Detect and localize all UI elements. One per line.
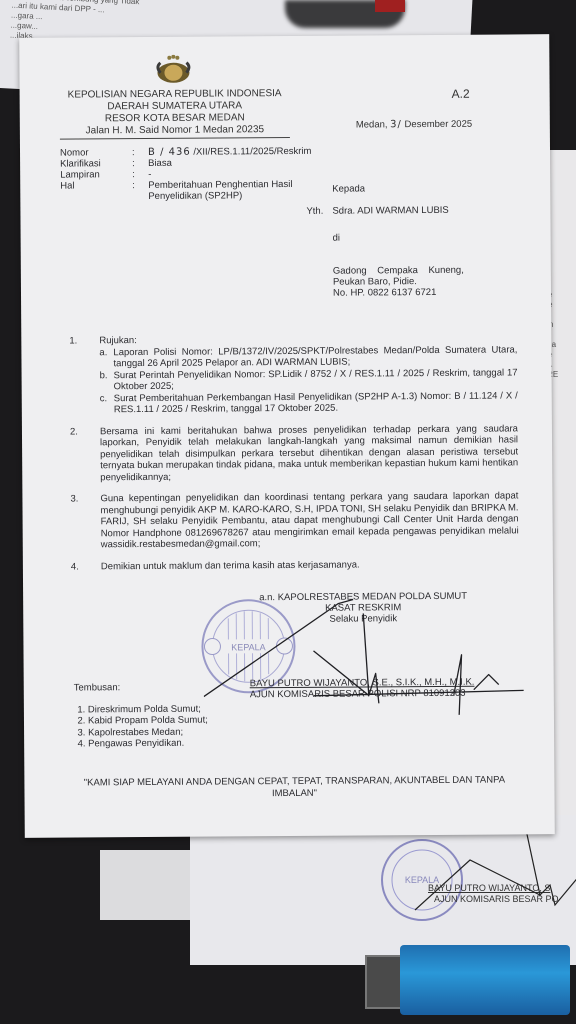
recipient-di: di	[333, 232, 464, 244]
tembusan-title: Tembusan:	[74, 682, 208, 694]
reference-c: c.Surat Pemberitahuan Perkembangan Hasil…	[100, 390, 518, 416]
date-month-year: Desember 2025	[404, 119, 472, 130]
recipient-name: Sdra. ADI WARMAN LUBIS	[332, 205, 463, 217]
reference-b: b.Surat Perintah Penyelidikan Nomor: SP.…	[100, 367, 518, 393]
meta-sep: :	[132, 147, 148, 158]
meta-label: Nomor	[60, 147, 132, 159]
ghost-text: ...gara ...	[11, 11, 43, 22]
item-text: Guna kepentingan penyelidikan dan koordi…	[100, 490, 518, 550]
number-suffix: /XII/RES.1.11/2025/Reskrim	[191, 146, 312, 158]
meta-label: Klarifikasi	[60, 158, 132, 170]
police-emblem-icon	[152, 55, 192, 85]
background-object	[400, 945, 570, 1015]
sub-text: Surat Perintah Penyelidikan Nomor: SP.Li…	[114, 367, 518, 393]
item-number: 2.	[70, 426, 100, 484]
letterhead-address: Jalan H. M. Said Nomor 1 Medan 20235	[60, 124, 290, 140]
reference-a: a.Laporan Polisi Nomor: LP/B/1372/IV/202…	[99, 344, 517, 370]
meta-value: -	[148, 168, 348, 180]
ghost-text: ...gaw...	[10, 20, 38, 30]
recipient-kepada: Kepada	[332, 183, 463, 195]
meta-sep: :	[132, 169, 148, 180]
body-item-2: 2. Bersama ini kami beritahukan bahwa pr…	[70, 423, 518, 484]
meta-value: Pemberitahuan Penghentian Hasil Penyelid…	[148, 179, 298, 202]
sub-label: a.	[99, 347, 113, 370]
tembusan-block: Tembusan: Direskrimum Polda Sumut; Kabid…	[74, 682, 208, 750]
tembusan-item: Direskrimum Polda Sumut;	[88, 703, 208, 715]
number-handwritten: B / 436	[148, 147, 191, 158]
meta-sep: :	[132, 158, 148, 169]
sub-text: Laporan Polisi Nomor: LP/B/1372/IV/2025/…	[113, 344, 517, 370]
meta-row-hal: Hal : Pemberitahuan Penghentian Hasil Pe…	[60, 179, 348, 203]
body-item-1: 1. Rujukan: a.Laporan Polisi Nomor: LP/B…	[69, 332, 518, 416]
recipient-address-line1: Gadong Cempaka Kuneng,	[333, 265, 464, 277]
tembusan-item: Pengawas Penyidikan.	[88, 738, 208, 750]
tembusan-item: Kapolrestabes Medan;	[88, 726, 208, 738]
meta-label: Lampiran	[60, 169, 132, 181]
form-code: A.2	[452, 87, 470, 101]
letterhead-line1: KEPOLISIAN NEGARA REPUBLIK INDONESIA	[60, 88, 290, 102]
background-object	[375, 0, 405, 12]
body-item-4: 4. Demikian untuk maklum dan terima kasi…	[71, 558, 519, 573]
recipient-address-line2: Peukan Baro, Pidie.	[333, 276, 464, 288]
letter-meta: Nomor : B / 436 /XII/RES.1.11/2025/Reskr…	[60, 146, 348, 203]
body-item-3: 3. Guna kepentingan penyelidikan dan koo…	[70, 490, 518, 551]
background-paper-bottom: KEPALA BAYU PUTRO WIJAYANTO, S AJUN KOMI…	[190, 815, 576, 965]
item-number: 4.	[71, 561, 101, 573]
meta-label: Hal	[60, 180, 132, 203]
item-number: 1.	[69, 335, 100, 416]
place-date: Medan, 3/ Desember 2025	[356, 119, 472, 131]
recipient-phone: No. HP. 0822 6137 6721	[333, 287, 464, 299]
letter-body: 1. Rujukan: a.Laporan Polisi Nomor: LP/B…	[69, 332, 519, 582]
meta-sep: :	[132, 180, 148, 202]
background-object	[365, 955, 404, 1009]
tembusan-item: Kabid Propam Polda Sumut;	[88, 715, 208, 727]
recipient-block: Kepada Yth. Sdra. ADI WARMAN LUBIS di Ga…	[332, 183, 464, 299]
letterhead: KEPOLISIAN NEGARA REPUBLIK INDONESIA DAE…	[60, 88, 290, 140]
background-paper-flap	[100, 850, 190, 920]
item-number: 3.	[70, 493, 100, 551]
motto: "KAMI SIAP MELAYANI ANDA DENGAN CEPAT, T…	[64, 774, 524, 801]
sub-label: b.	[100, 370, 114, 393]
sub-label: c.	[100, 393, 114, 416]
recipient-yth: Yth.	[306, 206, 323, 217]
sub-text: Surat Pemberitahuan Perkembangan Hasil P…	[114, 390, 518, 416]
date-place: Medan,	[356, 119, 388, 130]
handwritten-signature	[203, 594, 524, 716]
date-day-handwritten: 3/	[390, 119, 402, 130]
item-text: Bersama ini kami beritahukan bahwa prose…	[100, 423, 518, 483]
item-text: Demikian untuk maklum dan terima kasih a…	[101, 558, 519, 572]
letter-page: KEPOLISIAN NEGARA REPUBLIK INDONESIA DAE…	[19, 34, 555, 838]
